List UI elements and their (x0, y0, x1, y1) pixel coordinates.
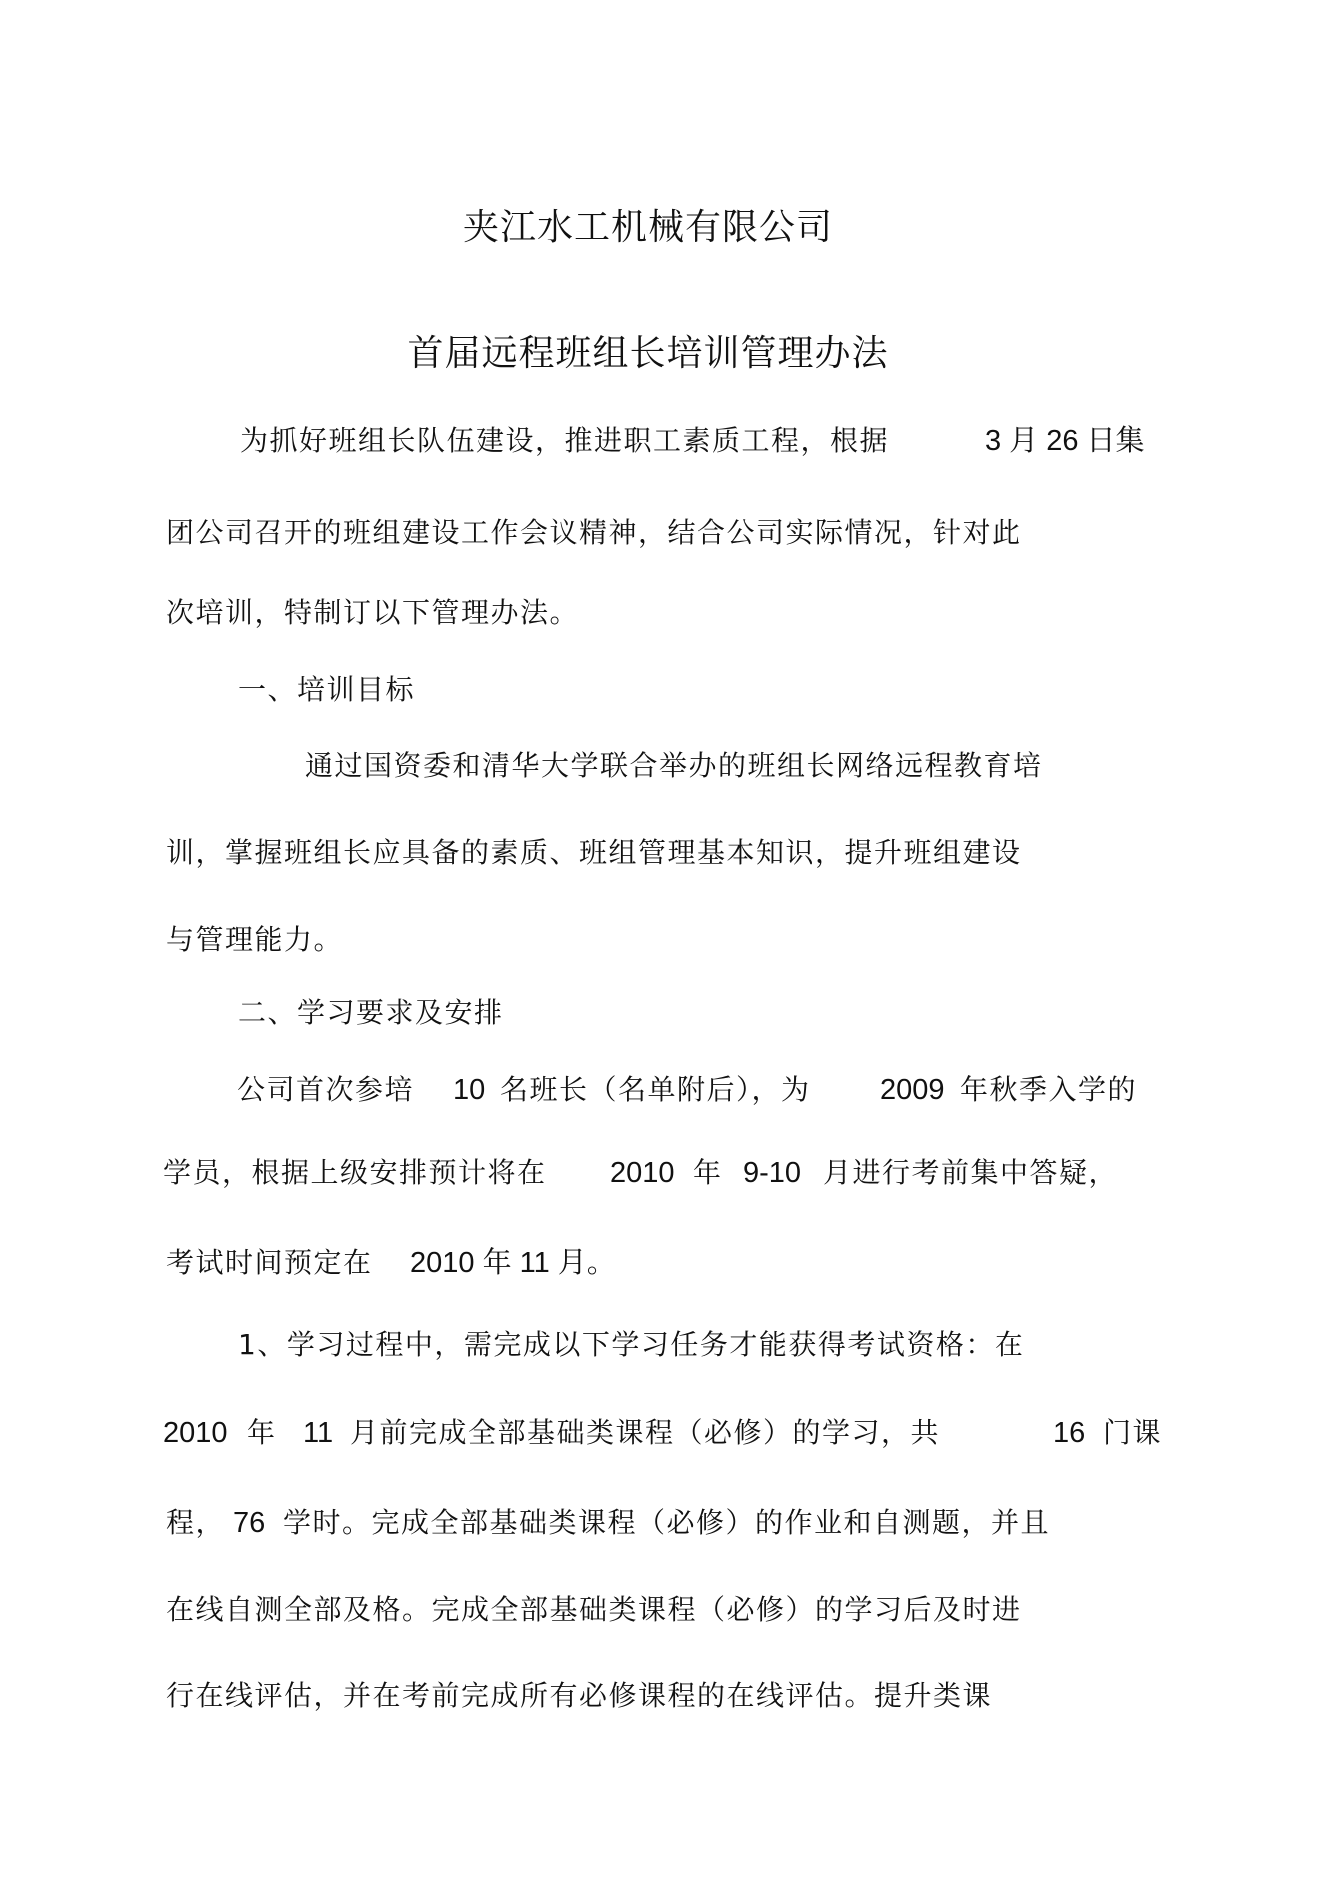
text-line: 程，76学时。完成全部基础类课程（必修）的作业和自测题，并且 (0, 1506, 1328, 1540)
document-subtitle: 首届远程班组长培训管理办法 (0, 334, 1296, 374)
text-line: 次培训，特制订以下管理办法。 (0, 596, 1328, 630)
text-segment: 1、学习过程中，需完成以下学习任务才能获得考试资格：在 (238, 1328, 1024, 1362)
text-segment: 通过国资委和清华大学联合举办的班组长网络远程教育培 (305, 749, 1043, 783)
text-line: 与管理能力。 (0, 923, 1328, 957)
text-segment: 2010 (610, 1156, 675, 1190)
text-line: 在线自测全部及格。完成全部基础类课程（必修）的学习后及时进 (0, 1593, 1328, 1627)
text-segment: 76 (233, 1506, 265, 1540)
text-segment: 2010 (163, 1416, 228, 1450)
text-line: 学员，根据上级安排预计将在2010年9-10月进行考前集中答疑， (0, 1156, 1328, 1190)
text-segment: 公司首次参培 (237, 1073, 414, 1107)
text-segment: 二、学习要求及安排 (238, 996, 504, 1030)
text-segment: 名班长（名单附后），为 (500, 1073, 811, 1107)
text-segment: 年秋季入学的 (960, 1073, 1137, 1107)
text-segment: 与管理能力。 (166, 923, 343, 957)
text-segment: 一、培训目标 (238, 673, 415, 707)
text-line: 公司首次参培10名班长（名单附后），为2009年秋季入学的 (0, 1073, 1328, 1107)
text-segment: 3 月 26 日集 (985, 424, 1145, 458)
text-line: 为抓好班组长队伍建设，推进职工素质工程，根据3 月 26 日集 (0, 424, 1328, 458)
text-segment: 学时。完成全部基础类课程（必修）的作业和自测题，并且 (283, 1506, 1050, 1540)
text-segment: 次培训，特制订以下管理办法。 (166, 596, 579, 630)
text-line: 1、学习过程中，需完成以下学习任务才能获得考试资格：在 (0, 1328, 1328, 1362)
text-segment: 在线自测全部及格。完成全部基础类课程（必修）的学习后及时进 (166, 1593, 1022, 1627)
text-segment: 9-10 (743, 1156, 801, 1190)
text-line: 2010年11月前完成全部基础类课程（必修）的学习，共16门课 (0, 1416, 1328, 1450)
text-segment: 学员，根据上级安排预计将在 (163, 1156, 547, 1190)
text-segment: 2010 年 11 月。 (410, 1246, 616, 1280)
text-line: 二、学习要求及安排 (0, 996, 1328, 1030)
text-segment: 月前完成全部基础类课程（必修）的学习，共 (350, 1416, 940, 1450)
text-segment: 11 (303, 1416, 333, 1450)
text-segment: 训，掌握班组长应具备的素质、班组管理基本知识，提升班组建设 (166, 836, 1022, 870)
text-segment: 年 (693, 1156, 723, 1190)
text-line: 行在线评估，并在考前完成所有必修课程的在线评估。提升类课 (0, 1679, 1328, 1713)
text-segment: 团公司召开的班组建设工作会议精神，结合公司实际情况，针对此 (166, 516, 1022, 550)
text-line: 通过国资委和清华大学联合举办的班组长网络远程教育培 (0, 749, 1328, 783)
text-segment: 考试时间预定在 (166, 1246, 373, 1280)
text-line: 一、培训目标 (0, 673, 1328, 707)
document-page: 夹江水工机械有限公司 首届远程班组长培训管理办法 为抓好班组长队伍建设，推进职工… (0, 0, 1328, 1879)
text-segment: 2009 (880, 1073, 945, 1107)
text-segment: 为抓好班组长队伍建设，推进职工素质工程，根据 (240, 424, 889, 458)
text-segment: 程， (166, 1506, 225, 1540)
text-line: 考试时间预定在2010 年 11 月。 (0, 1246, 1328, 1280)
text-segment: 月进行考前集中答疑， (823, 1156, 1118, 1190)
text-segment: 年 (247, 1416, 277, 1450)
text-segment: 10 (453, 1073, 485, 1107)
document-title: 夹江水工机械有限公司 (0, 208, 1296, 248)
text-line: 训，掌握班组长应具备的素质、班组管理基本知识，提升班组建设 (0, 836, 1328, 870)
text-segment: 行在线评估，并在考前完成所有必修课程的在线评估。提升类课 (166, 1679, 992, 1713)
text-segment: 16 (1053, 1416, 1085, 1450)
text-line: 团公司召开的班组建设工作会议精神，结合公司实际情况，针对此 (0, 516, 1328, 550)
text-segment: 门课 (1103, 1416, 1162, 1450)
